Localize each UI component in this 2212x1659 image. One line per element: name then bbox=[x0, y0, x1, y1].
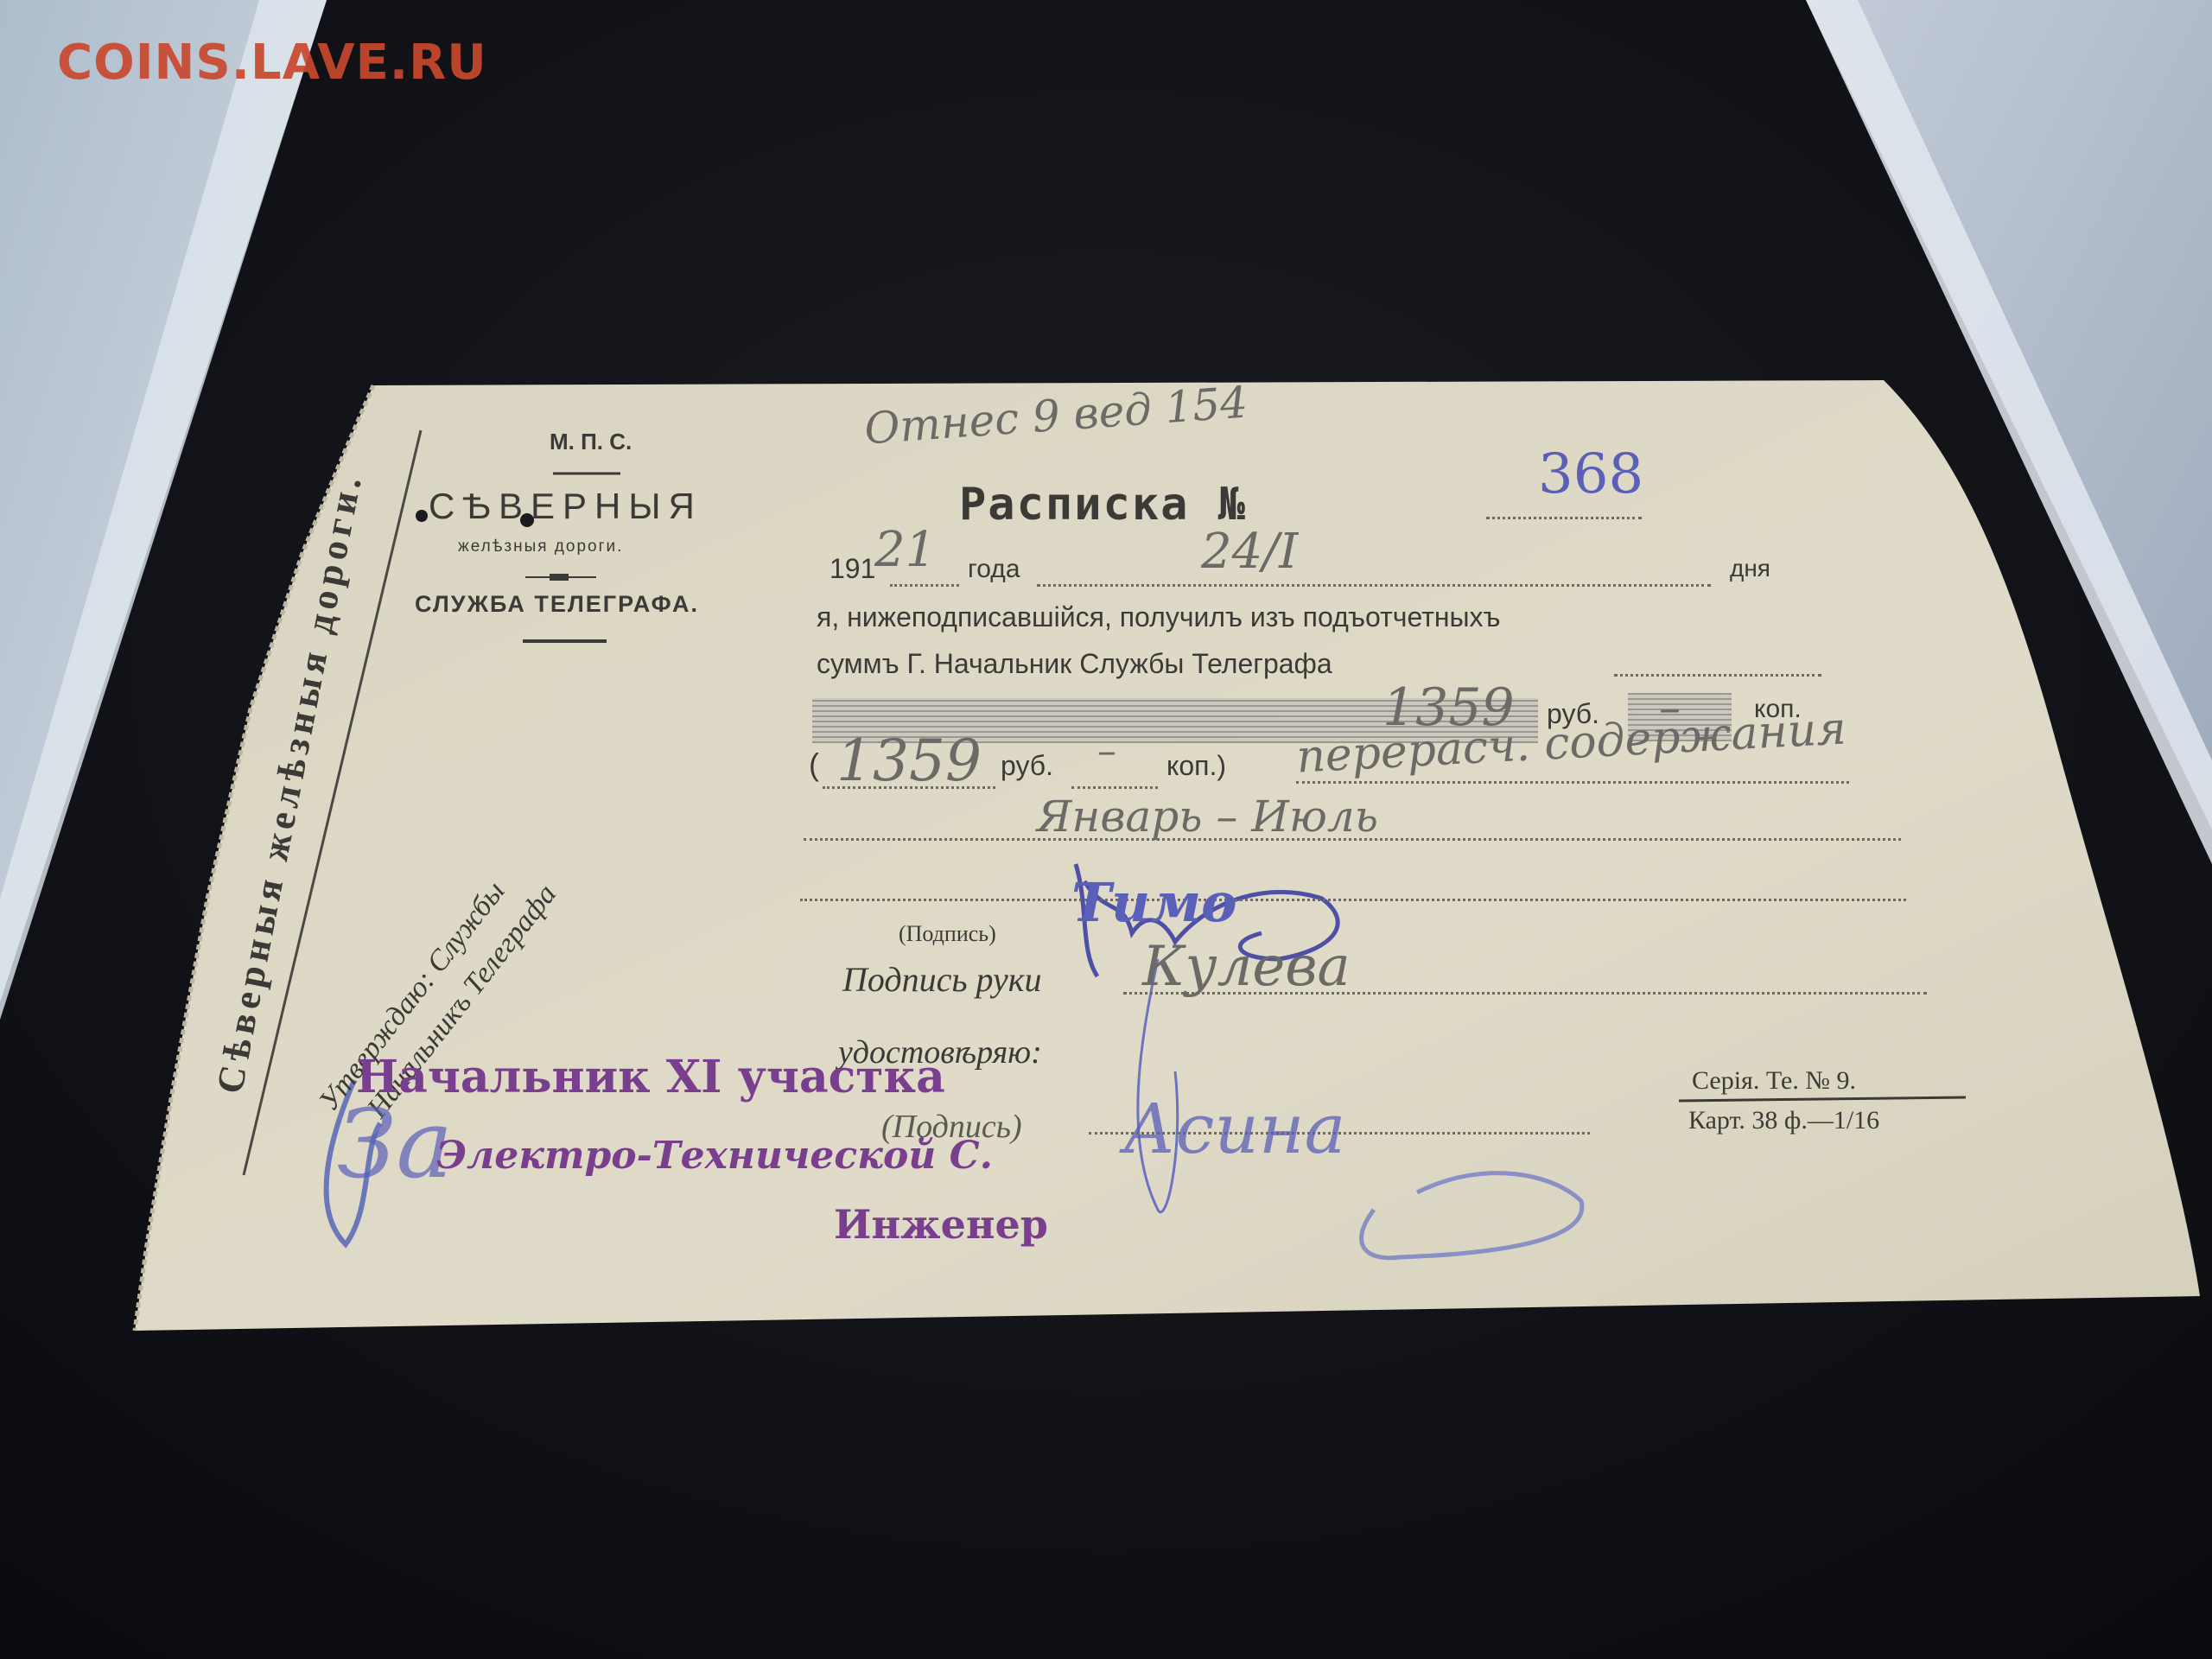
series-line-1: Серія. Те. № 9. bbox=[1692, 1066, 1856, 1096]
receipt-title: Расписка № bbox=[959, 479, 1247, 531]
railway-subtitle: желѣзныя дороги. bbox=[458, 537, 623, 556]
stamp-line-2: Электро-Технической С. bbox=[436, 1134, 993, 1178]
receipt-number: 368 bbox=[1538, 442, 1643, 506]
signature-label: (Подпись) bbox=[899, 921, 996, 947]
approval-mark-blue: За bbox=[337, 1089, 453, 1199]
receipt-number-line bbox=[1486, 517, 1642, 519]
paren-amount-handwritten: 1359 bbox=[836, 728, 982, 794]
purpose-line bbox=[1296, 781, 1849, 784]
paren-kop-handwritten: – bbox=[1097, 729, 1116, 773]
body-line-2: суммъ Г. Начальник Службы Телеграфа bbox=[817, 648, 1332, 680]
period-line bbox=[804, 838, 1901, 841]
stamp-line-1: Начальник XI участка bbox=[356, 1051, 945, 1103]
year-prefix: 191 bbox=[829, 553, 875, 585]
paren-kop-label: коп.) bbox=[1166, 750, 1226, 782]
year-label: года bbox=[968, 555, 1020, 584]
ministry-label: М. П. С. bbox=[550, 429, 632, 455]
period-handwritten: Январь – Июль bbox=[1037, 791, 1378, 842]
day-label: дня bbox=[1730, 555, 1770, 582]
railway-name: СѢВЕРНЫЯ bbox=[429, 486, 702, 527]
certify-signature: Асина bbox=[1123, 1089, 1345, 1169]
hand-signature-label: Подпись руки bbox=[842, 959, 1042, 1000]
series-line-2: Карт. 38 ф.—1/16 bbox=[1688, 1106, 1879, 1135]
day-handwritten: 24/I bbox=[1201, 524, 1298, 580]
day-line bbox=[1037, 584, 1711, 587]
year-handwritten: 21 bbox=[874, 522, 936, 578]
body-line-2-fill bbox=[1614, 674, 1821, 677]
paren-open: ( bbox=[809, 747, 819, 783]
paren-kop-line bbox=[1071, 786, 1158, 789]
blank-line bbox=[800, 899, 1906, 901]
body-line-1: я, нижеподписавшійся, получилъ изъ подъо… bbox=[817, 601, 1501, 633]
stamp-line-3: Инженер bbox=[834, 1201, 1048, 1248]
paren-rub-label: руб. bbox=[1001, 750, 1053, 782]
year-line bbox=[890, 584, 959, 587]
service-name: СЛУЖБА ТЕЛЕГРАФА. bbox=[415, 591, 699, 618]
signature-blue: Тимо bbox=[1071, 871, 1237, 934]
hand-signature-name: Кулева bbox=[1142, 935, 1351, 999]
